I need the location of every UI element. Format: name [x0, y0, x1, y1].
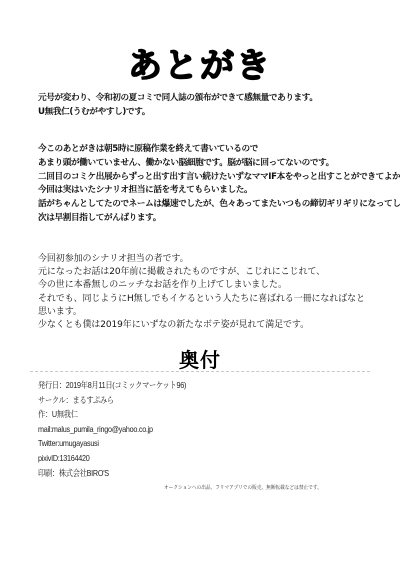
text-line: 元になったお話は20年前に掲載されたものですが、こじれにこじれて、	[38, 266, 378, 279]
colophon-details: 発行日：2019年8月11日(コミックマーケット96) サークル：まるすぷみら …	[38, 378, 186, 480]
colophon-divider	[30, 371, 370, 372]
colophon-mail: mail:malus_pumila_ringo@yahoo.co.jp	[38, 422, 186, 437]
text-line: 今回は実はいたシナリオ担当に話を考えてもらいました。	[38, 184, 378, 198]
colophon-publish-date: 発行日：2019年8月11日(コミックマーケット96)	[38, 378, 186, 393]
afterword-page: あとがき 元号が変わり、令和初の夏コミで同人誌の頒布ができて感無量であります。 …	[0, 0, 400, 566]
afterword-paragraph-1: 元号が変わり、令和初の夏コミで同人誌の頒布ができて感無量であります。 U無我仁(…	[38, 92, 378, 120]
resale-notice: オークションへの出品、フリマアプリでの販売、無断転載などは禁止です。	[164, 484, 322, 491]
text-line: 今回初参加のシナリオ担当の者です。	[38, 253, 378, 266]
colophon-twitter: Twitter:umugayasusi	[38, 436, 186, 451]
colophon-title: 奥付	[0, 344, 400, 373]
colophon-printer: 印刷：株式会社BIRO'S	[38, 466, 186, 481]
afterword-title: あとがき	[0, 38, 400, 87]
text-line: 少なくとも僕は2019年にいずなの新たなボテ姿が見れて満足です。	[38, 319, 378, 332]
text-line: それでも、同じようにH無しでもイケるという人たちに喜ばれる一冊になればなと	[38, 293, 378, 306]
afterword-paragraph-3: 今回初参加のシナリオ担当の者です。 元になったお話は20年前に掲載されたものです…	[38, 253, 378, 332]
text-line: U無我仁(うむがやすし)です。	[38, 106, 378, 120]
text-line: 思います。	[38, 306, 378, 319]
text-line: 話がちゃんとしてたのでネームは爆速でしたが、色々あってまたいつもの締切ギリギリに…	[38, 198, 378, 212]
text-line: 元号が変わり、令和初の夏コミで同人誌の頒布ができて感無量であります。	[38, 92, 378, 106]
colophon-circle: サークル：まるすぷみら	[38, 393, 186, 408]
text-line: 今このあとがきは朝5時に原稿作業を終えて書いているので	[38, 143, 378, 157]
colophon-pixiv: pixivID:13164420	[38, 451, 186, 466]
text-line: あまり頭が働いていません、働かない脳細胞です。脳が脳に回ってないのです。	[38, 157, 378, 171]
text-line: 今の世に本番無しのニッチなお話を作り上げてしまいました。	[38, 279, 378, 292]
colophon-author: 作：U無我仁	[38, 407, 186, 422]
text-line: 次は早割目指してがんばります。	[38, 212, 378, 226]
afterword-paragraph-2: 今このあとがきは朝5時に原稿作業を終えて書いているので あまり頭が働いていません…	[38, 143, 378, 226]
text-line: 二回目のコミケ出展からずっと出す出す言い続けたいずなママIF本をやっと出すことが…	[38, 171, 378, 185]
